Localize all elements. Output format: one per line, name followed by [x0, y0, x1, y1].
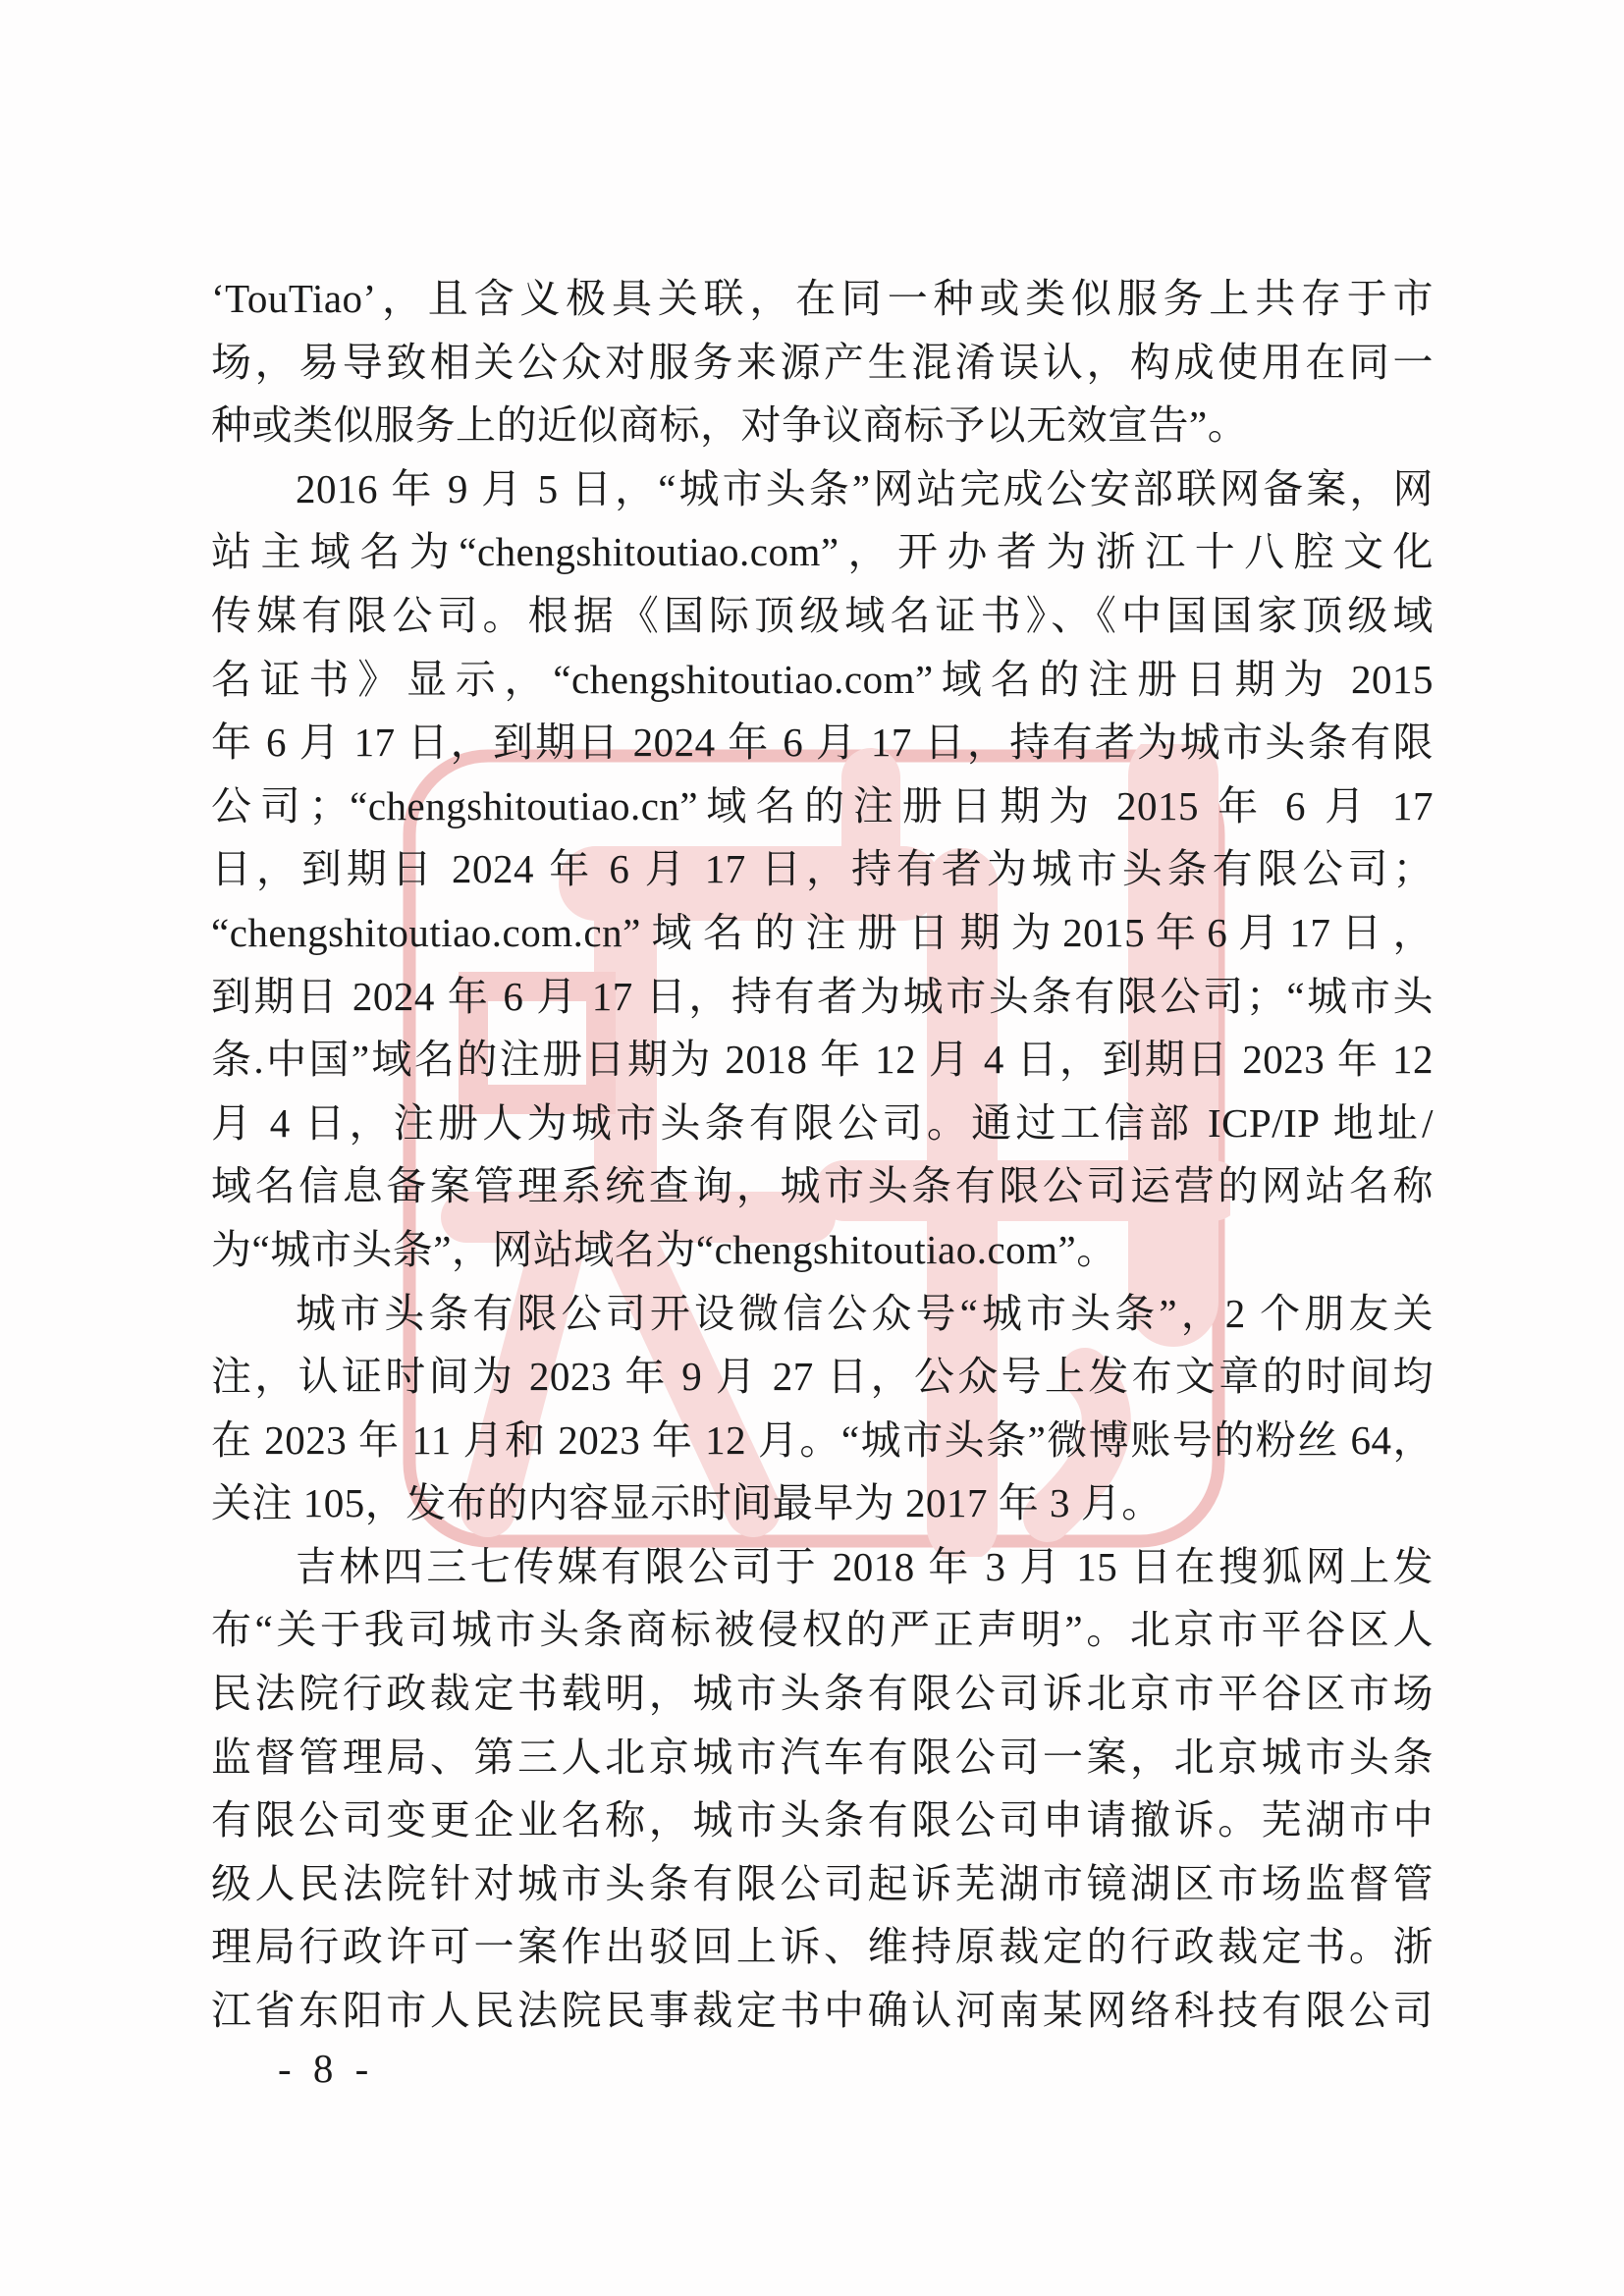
text-line: 级人民法院针对城市头条有限公司起诉芜湖市镜湖区市场监督管 [211, 1852, 1434, 1916]
text-line: 理局行政许可一案作出驳回上诉、维持原裁定的行政裁定书。浙 [211, 1915, 1434, 1979]
text-line: 监督管理局、第三人北京城市汽车有限公司一案，北京城市头条 [211, 1726, 1434, 1789]
text-line: 江省东阳市人民法院民事裁定书中确认河南某网络科技有限公司 [211, 1979, 1434, 2043]
text-line: 站主域名为“chengshitoutiao.com”，开办者为浙江十八腔文化 [211, 520, 1434, 584]
text-line: 城市头条有限公司开设微信公众号“城市头条”，2 个朋友关 [211, 1282, 1434, 1346]
text-line: 条.中国”域名的注册日期为 2018 年 12 月 4 日，到期日 2023 年… [211, 1028, 1434, 1092]
page-number: - 8 - [278, 2044, 374, 2093]
text-line: 域名信息备案管理系统查询，城市头条有限公司运营的网站名称 [211, 1154, 1434, 1218]
text-line: 吉林四三七传媒有限公司于 2018 年 3 月 15 日在搜狐网上发 [211, 1535, 1434, 1599]
body-text: ‘TouTiao’，且含义极具关联，在同一种或类似服务上共存于市 场，易导致相关… [211, 267, 1434, 2043]
text-line: 年 6 月 17 日，到期日 2024 年 6 月 17 日，持有者为城市头条有… [211, 711, 1434, 774]
text-line: 月 4 日，注册人为城市头条有限公司。通过工信部 ICP/IP 地址/ [211, 1092, 1434, 1155]
text-line: 日，到期日 2024 年 6 月 17 日，持有者为城市头条有限公司； [211, 837, 1434, 901]
text-line: “chengshitoutiao.com.cn”域名的注册日期为2015年6月1… [211, 901, 1434, 965]
text-line: 公司；“chengshitoutiao.cn”域名的注册日期为 2015 年 6… [211, 774, 1434, 838]
text-line: 场，易导致相关公众对服务来源产生混淆误认，构成使用在同一 [211, 331, 1434, 395]
text-line: 民法院行政裁定书载明，城市头条有限公司诉北京市平谷区市场 [211, 1662, 1434, 1726]
text-line: 名证书》显示，“chengshitoutiao.com”域名的注册日期为 201… [211, 648, 1434, 712]
text-line: 传媒有限公司。根据《国际顶级域名证书》、《中国国家顶级域 [211, 584, 1434, 648]
text-line: 有限公司变更企业名称，城市头条有限公司申请撤诉。芜湖市中 [211, 1789, 1434, 1852]
text-line: ‘TouTiao’，且含义极具关联，在同一种或类似服务上共存于市 [211, 267, 1434, 331]
document-page: ‘TouTiao’，且含义极具关联，在同一种或类似服务上共存于市 场，易导致相关… [0, 0, 1624, 2296]
text-line: 到期日 2024 年 6 月 17 日，持有者为城市头条有限公司；“城市头 [211, 965, 1434, 1029]
text-line: 2016 年 9 月 5 日，“城市头条”网站完成公安部联网备案，网 [211, 457, 1434, 521]
text-line: 关注 105，发布的内容显示时间最早为 2017 年 3 月。 [211, 1471, 1434, 1535]
text-line: 为“城市头条”，网站域名为“chengshitoutiao.com”。 [211, 1218, 1434, 1282]
text-line: 在 2023 年 11 月和 2023 年 12 月。“城市头条”微博账号的粉丝… [211, 1409, 1434, 1472]
text-line: 注，认证时间为 2023 年 9 月 27 日，公众号上发布文章的时间均 [211, 1345, 1434, 1409]
text-line: 布“关于我司城市头条商标被侵权的严正声明”。北京市平谷区人 [211, 1598, 1434, 1662]
text-line: 种或类似服务上的近似商标，对争议商标予以无效宣告”。 [211, 394, 1434, 457]
